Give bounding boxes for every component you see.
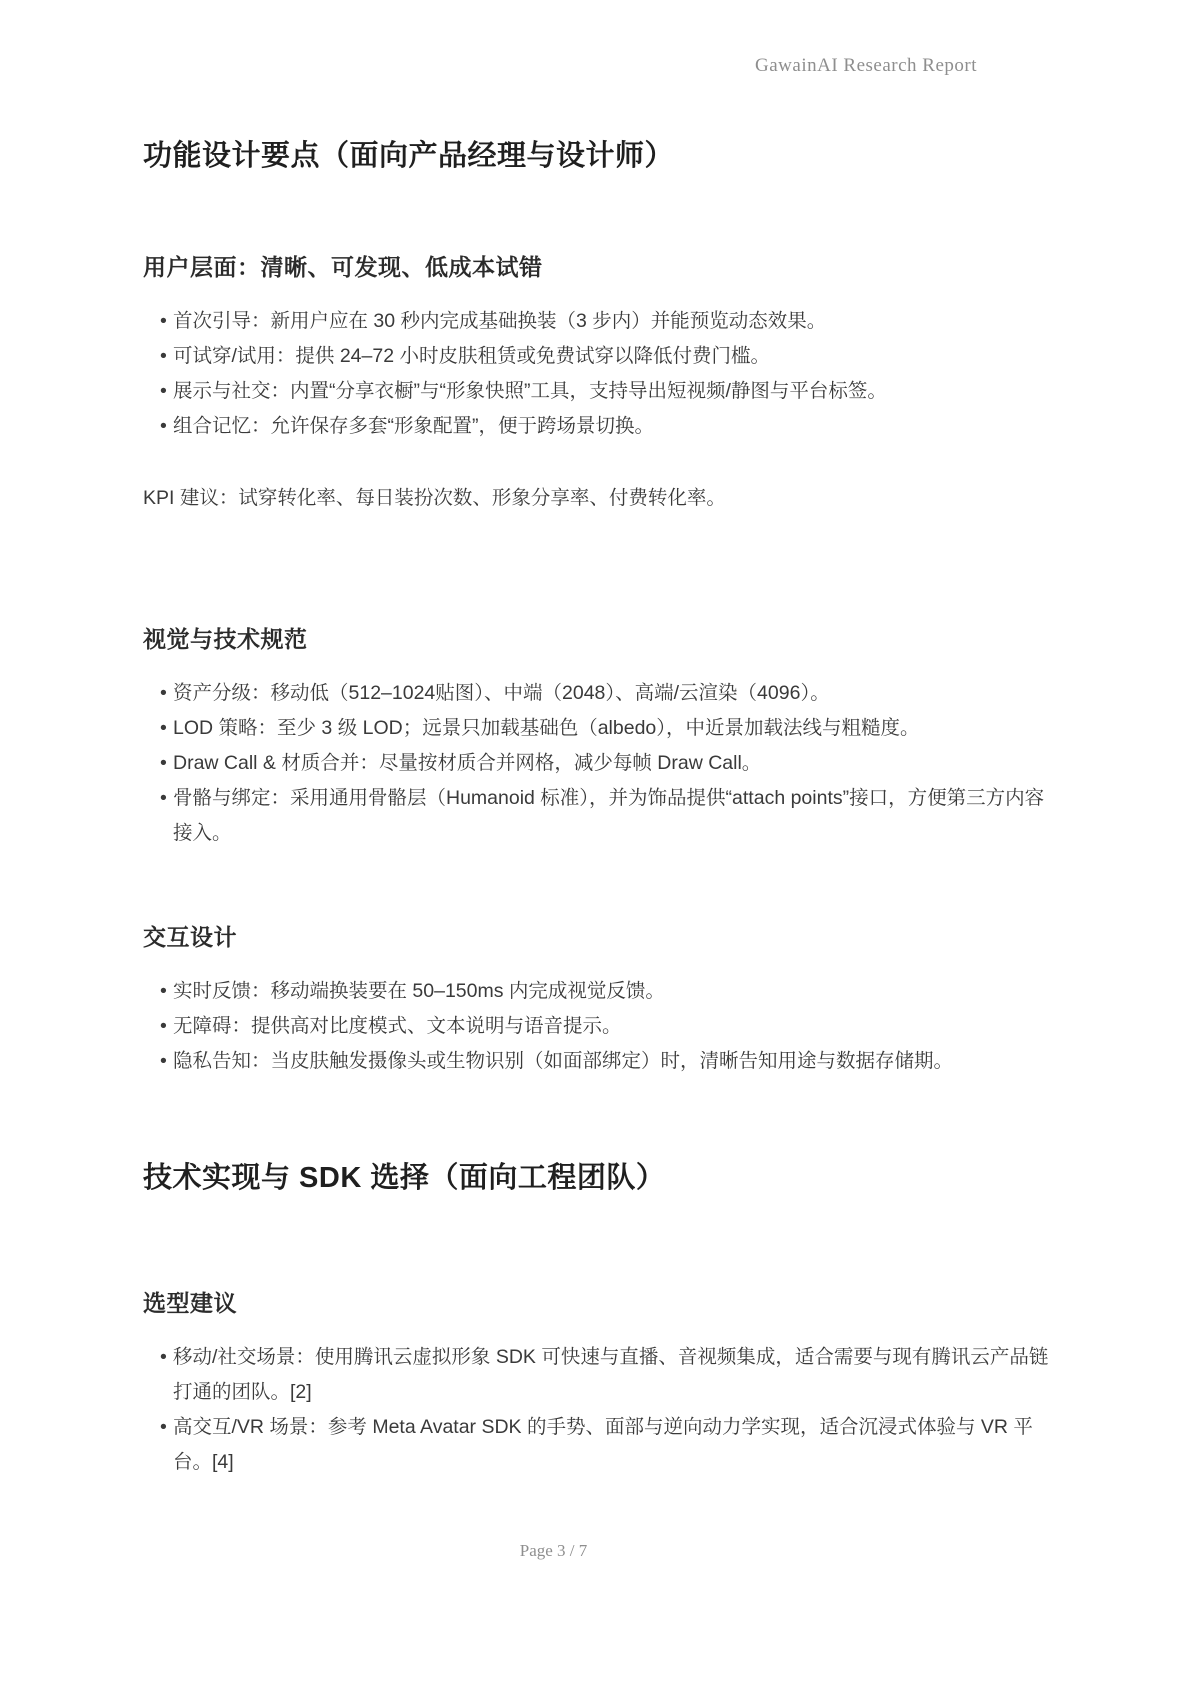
bullet-list-visual-tech-spec: 资产分级：移动低（512–1024贴图）、中端（2048）、高端/云渲染（409… <box>143 676 1055 851</box>
list-item: 组合记忆：允许保存多套“形象配置”，便于跨场景切换。 <box>160 409 1055 444</box>
list-item: 首次引导：新用户应在 30 秒内完成基础换装（3 步内）并能预览动态效果。 <box>160 304 1055 339</box>
list-item: 实时反馈：移动端换装要在 50–150ms 内完成视觉反馈。 <box>160 974 1055 1009</box>
list-item: 隐私告知：当皮肤触发摄像头或生物识别（如面部绑定）时，清晰告知用途与数据存储期。 <box>160 1044 1055 1079</box>
section-title-design: 功能设计要点（面向产品经理与设计师） <box>143 138 1055 174</box>
bullet-list-selection-advice: 移动/社交场景：使用腾讯云虚拟形象 SDK 可快速与直播、音视频集成，适合需要与… <box>143 1340 1055 1480</box>
subsection-heading-selection-advice: 选型建议 <box>143 1288 1055 1318</box>
page-content: 功能设计要点（面向产品经理与设计师） 用户层面：清晰、可发现、低成本试错 首次引… <box>143 0 1055 1480</box>
subsection-heading-user-layer: 用户层面：清晰、可发现、低成本试错 <box>143 252 1055 282</box>
list-item: 资产分级：移动低（512–1024贴图）、中端（2048）、高端/云渲染（409… <box>160 676 1055 711</box>
list-item: LOD 策略：至少 3 级 LOD；远景只加载基础色（albedo），中近景加载… <box>160 711 1055 746</box>
bullet-list-interaction-design: 实时反馈：移动端换装要在 50–150ms 内完成视觉反馈。 无障碍：提供高对比… <box>143 974 1055 1079</box>
document-page: GawainAI Research Report 功能设计要点（面向产品经理与设… <box>0 0 1191 1684</box>
list-item: 骨骼与绑定：采用通用骨骼层（Humanoid 标准），并为饰品提供“attach… <box>160 781 1055 851</box>
subsection-heading-visual-tech-spec: 视觉与技术规范 <box>143 624 1055 654</box>
list-item: 展示与社交：内置“分享衣橱”与“形象快照”工具，支持导出短视频/静图与平台标签。 <box>160 374 1055 409</box>
list-item: 无障碍：提供高对比度模式、文本说明与语音提示。 <box>160 1009 1055 1044</box>
subsection-heading-interaction-design: 交互设计 <box>143 922 1055 952</box>
list-item: Draw Call & 材质合并：尽量按材质合并网格，减少每帧 Draw Cal… <box>160 746 1055 781</box>
section-title-tech-sdk: 技术实现与 SDK 选择（面向工程团队） <box>143 1160 1055 1196</box>
list-item: 高交互/VR 场景：参考 Meta Avatar SDK 的手势、面部与逆向动力… <box>160 1410 1055 1480</box>
bullet-list-user-layer: 首次引导：新用户应在 30 秒内完成基础换装（3 步内）并能预览动态效果。 可试… <box>143 304 1055 444</box>
list-item: 移动/社交场景：使用腾讯云虚拟形象 SDK 可快速与直播、音视频集成，适合需要与… <box>160 1340 1055 1410</box>
list-item: 可试穿/试用：提供 24–72 小时皮肤租赁或免费试穿以降低付费门槛。 <box>160 339 1055 374</box>
kpi-suggestion-paragraph: KPI 建议：试穿转化率、每日装扮次数、形象分享率、付费转化率。 <box>143 483 1055 513</box>
page-number-footer: Page 3 / 7 <box>0 1541 1107 1561</box>
